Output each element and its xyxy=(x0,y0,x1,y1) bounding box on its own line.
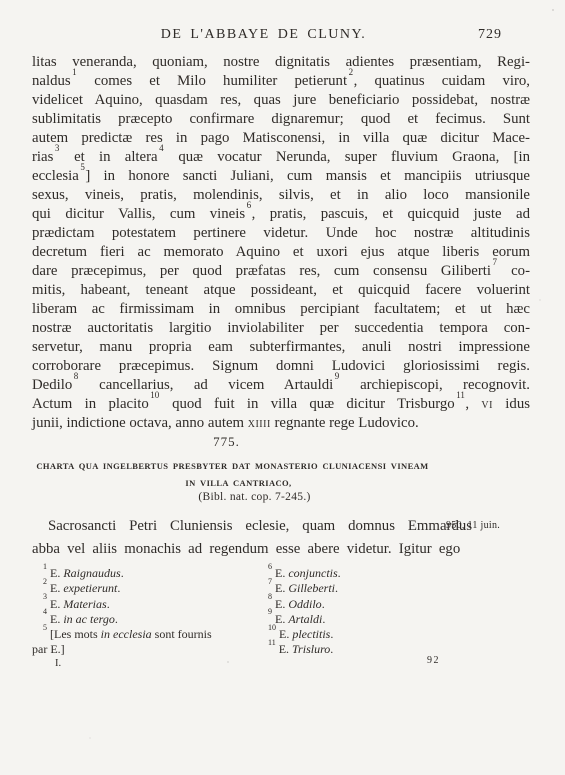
footnote-marker: 2 xyxy=(43,577,47,586)
text-line: servetur, manu propria eam subterfirmant… xyxy=(32,338,530,357)
text-line: sexus, vineis, pratis, molendinis, silvi… xyxy=(32,186,530,205)
footnote-line: 3E. Materias. xyxy=(32,597,248,612)
text-line: nostræ auctoritatis largitio inviolabili… xyxy=(32,319,530,338)
footnote-line: 8E. Oddilo. xyxy=(257,597,507,612)
text-line: naldus1 comes et Milo humiliter petierun… xyxy=(32,72,530,91)
margin-date: 950, 11 juin. xyxy=(446,520,500,531)
footnote-line: 4E. in ac tergo. xyxy=(32,612,248,627)
scanned-book-page: DE L'ABBAYE DE CLUNY. 729 litas venerand… xyxy=(0,0,565,775)
text-line: Sacrosancti Petri Cluniensis eclesie, qu… xyxy=(32,515,472,538)
page-number: 729 xyxy=(478,27,502,43)
footnote-line: par E.] xyxy=(32,642,248,657)
text-line: litas veneranda, quoniam, nostre dignita… xyxy=(32,53,530,72)
charter-title-line2: IN VILLA CANTRIACO, xyxy=(0,475,521,492)
footnotes-right-column: 6E. conjunctis.7E. Gilleberti.8E. Oddilo… xyxy=(257,566,507,658)
text-line: rias3 et in altera4 quæ vocatur Nerunda,… xyxy=(32,148,530,167)
footnote-line: 6E. conjunctis. xyxy=(257,566,507,581)
text-line: corroborare præcepimus. Signum domni Lud… xyxy=(32,357,530,376)
footnote-line: 7E. Gilleberti. xyxy=(257,581,507,596)
text-line: mitis, habeant, teneant atque possideant… xyxy=(32,281,530,300)
footnotes-left-column: 1E. Raignaudus.2E. expetierunt.3E. Mater… xyxy=(32,566,248,658)
charter-number-heading: 775. xyxy=(0,434,509,450)
charter-title-line1: CHARTA QUA INGELBERTUS PRESBYTER DAT MON… xyxy=(0,458,515,475)
footnote-line: 2E. expetierunt. xyxy=(32,581,248,596)
charter-body-text: litas veneranda, quoniam, nostre dignita… xyxy=(32,53,530,433)
text-line: sublimitatis præcepto confirmare dignare… xyxy=(32,110,530,129)
footnote-marker: 10 xyxy=(268,623,276,632)
charter-title: CHARTA QUA INGELBERTUS PRESBYTER DAT MON… xyxy=(0,458,565,491)
footnote-line: 9E. Artaldi. xyxy=(257,612,507,627)
text-line: autem predictæ res in pago Matisconensi,… xyxy=(32,129,530,148)
volume-mark: I. xyxy=(55,658,61,669)
footnote-marker: 11 xyxy=(268,638,276,647)
text-line: abba vel aliis monachis ad regendum esse… xyxy=(32,538,472,561)
text-line: Actum in placito10 quod fuit in villa qu… xyxy=(32,395,530,414)
text-line: prædictam potestatem pertinere videtur. … xyxy=(32,224,530,243)
footnote-line: 10E. plectitis. xyxy=(257,627,507,642)
footnote-line: 5[Les mots in ecclesia sont fournis xyxy=(32,627,248,642)
text-line: junii, indictione octava, anno autem xii… xyxy=(32,414,530,433)
text-line: dare præcepimus, per quod præfatas res, … xyxy=(32,262,530,281)
text-line: ecclesia5] in honore sancti Juliani, cum… xyxy=(32,167,530,186)
footnote-marker: 6 xyxy=(268,562,272,571)
footnote-marker: 9 xyxy=(268,607,272,616)
text-line: liberam ac firmissimam in omnibus percip… xyxy=(32,300,530,319)
source-reference: (Bibl. nat. cop. 7-245.) xyxy=(0,491,537,503)
running-head-title: DE L'ABBAYE DE CLUNY. xyxy=(0,27,546,43)
footnote-marker: 5 xyxy=(43,623,47,632)
footnote-marker: 4 xyxy=(43,607,47,616)
text-line: videlicet Aquino, quasdam res, quas jure… xyxy=(32,91,530,110)
text-line: decretum fieri ac memorato Aquino et uxo… xyxy=(32,243,530,262)
charter-775-opening-text: Sacrosancti Petri Cluniensis eclesie, qu… xyxy=(32,515,472,561)
footnote-line: 1E. Raignaudus. xyxy=(32,566,248,581)
footnote-marker: 7 xyxy=(268,577,272,586)
footnote-marker: 3 xyxy=(43,592,47,601)
footnote-marker: 1 xyxy=(43,562,47,571)
signature-mark: 92 xyxy=(427,655,440,666)
text-line: qui dicitur Vallis, cum vineis6, pratis,… xyxy=(32,205,530,224)
footnote-marker: 8 xyxy=(268,592,272,601)
footnote-line: 11E. Trisluro. xyxy=(257,642,507,657)
